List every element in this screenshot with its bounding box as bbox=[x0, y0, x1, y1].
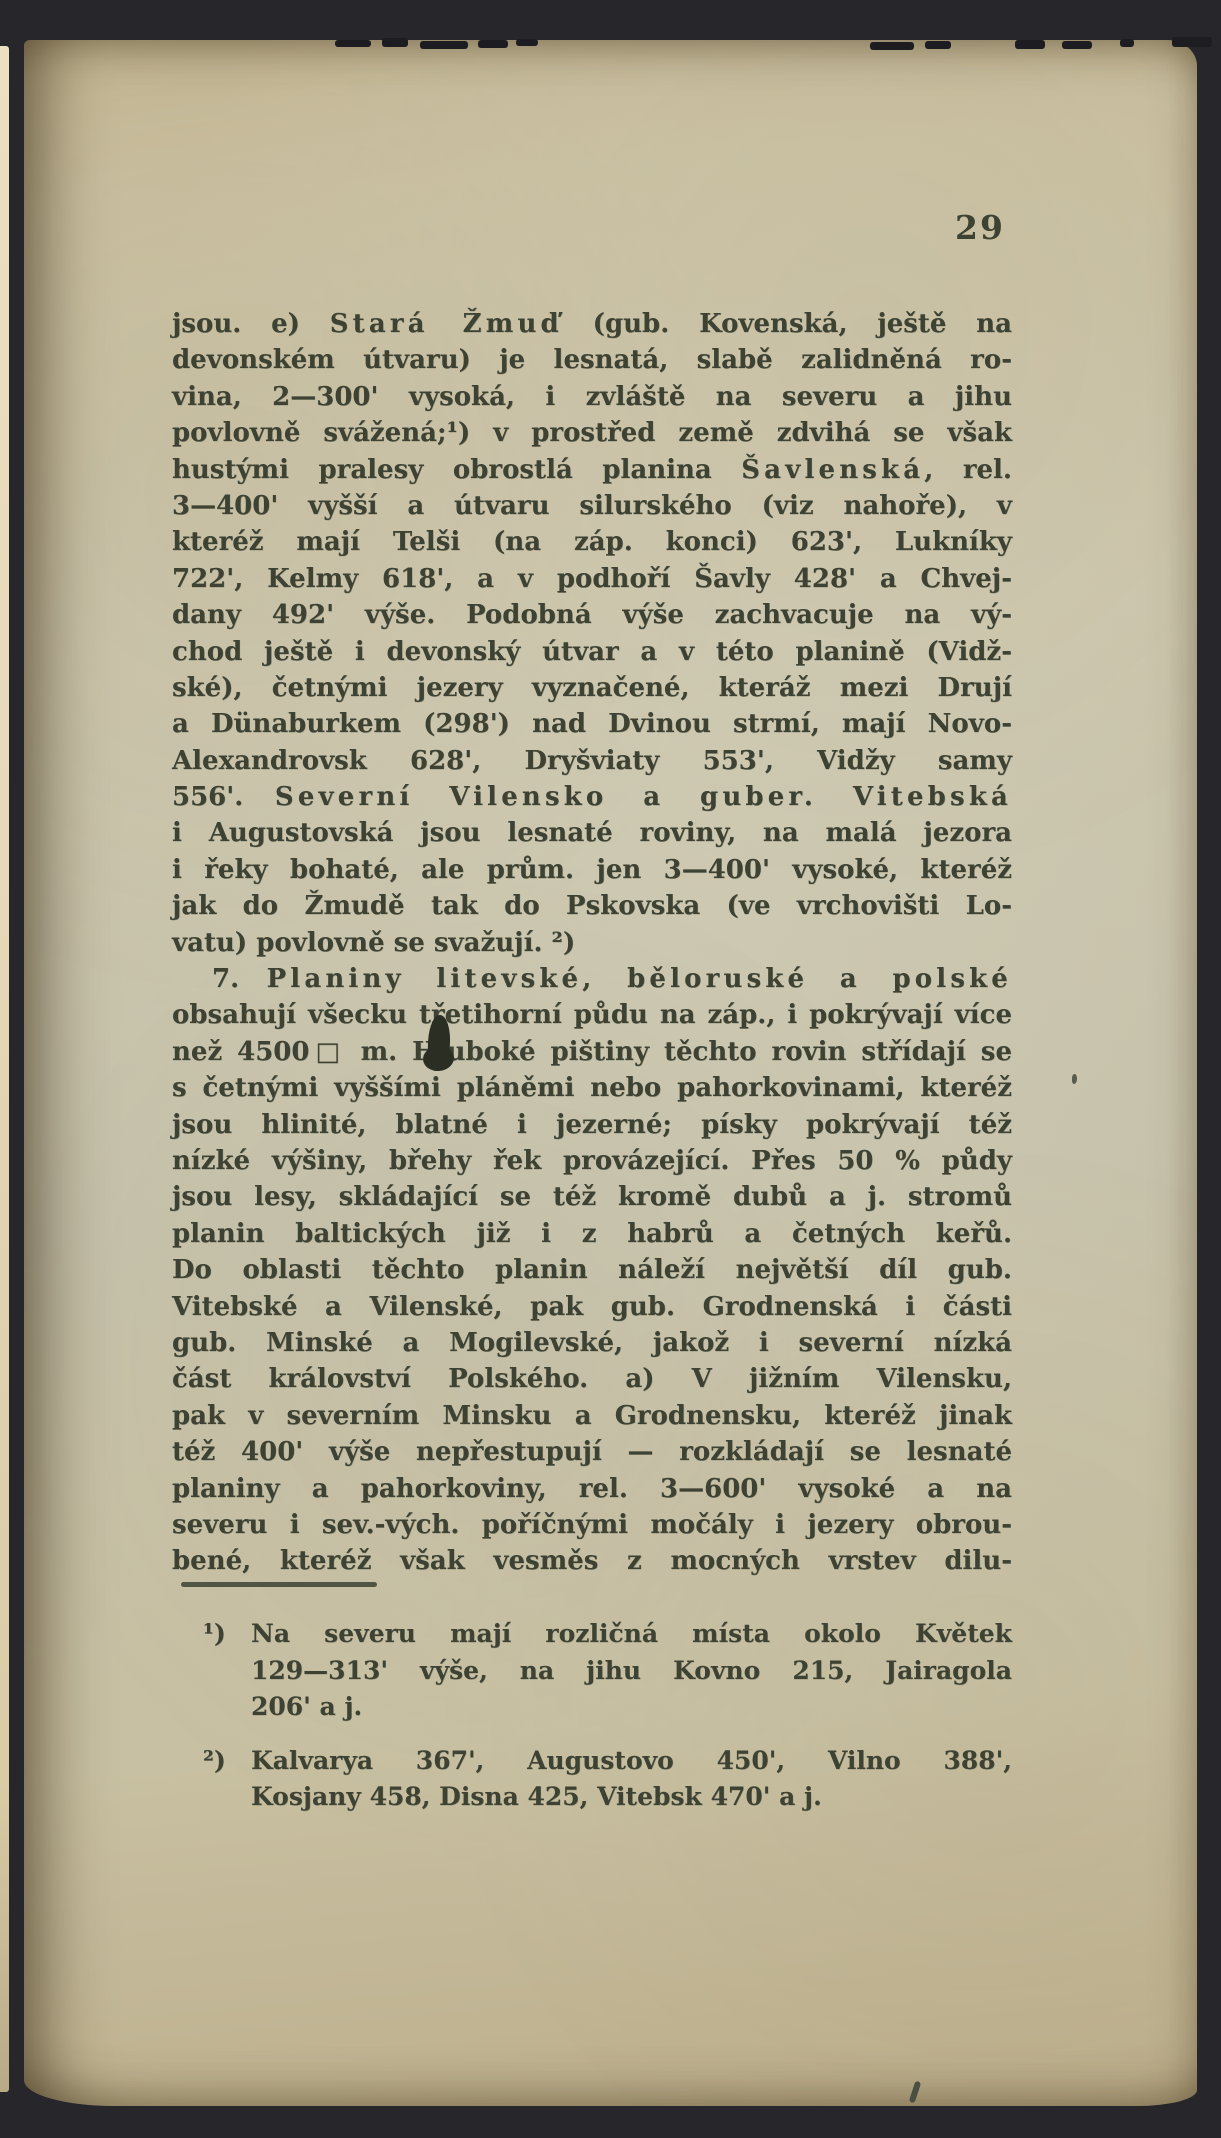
text-line: planin baltických již i z habrů a četnýc… bbox=[172, 1216, 1012, 1252]
text-line: 129—313' výše, na jihu Kovno 215, Jairag… bbox=[203, 1653, 1012, 1690]
edge-mark bbox=[1062, 41, 1092, 49]
text-line: 206' a j. bbox=[203, 1689, 1012, 1726]
footnote-marker: ²) bbox=[203, 1743, 251, 1780]
edge-mark bbox=[335, 40, 371, 47]
edge-mark bbox=[1015, 40, 1045, 49]
edge-mark bbox=[1120, 39, 1134, 47]
adjacent-page-edge bbox=[0, 46, 9, 2092]
book-scan-background: 29 jsou. e) Stará Žmuď (gub. Kovenská, j… bbox=[0, 0, 1221, 2138]
spaced-run: Planiny litevské, běloruské a polské bbox=[267, 964, 1012, 994]
text-line: povlovně svážená;¹) v prostřed země zdvi… bbox=[172, 415, 1012, 451]
footnotes-block: ¹)Na severu mají rozličná místa okolo Kv… bbox=[203, 1616, 1012, 1816]
text-line: gub. Minské a Mogilevské, jakož i severn… bbox=[172, 1325, 1012, 1361]
text-line: ské), četnými jezery vyznačené, kteráž m… bbox=[172, 670, 1012, 706]
edge-mark bbox=[516, 39, 538, 46]
text-line: pak v severním Minsku a Grodnensku, kter… bbox=[172, 1398, 1012, 1434]
edge-mark bbox=[870, 42, 914, 50]
text-line: než 4500□ m. Hluboké pištiny těchto rovi… bbox=[172, 1034, 1012, 1070]
text-line: chod ještě i devonský útvar a v této pla… bbox=[172, 634, 1012, 670]
text-line: Alexandrovsk 628', Dryšviaty 553', Vidžy… bbox=[172, 743, 1012, 779]
text-line: planiny a pahorkoviny, rel. 3—600' vysok… bbox=[172, 1471, 1012, 1507]
spaced-run: Šavlenská bbox=[741, 455, 924, 485]
text-line: 7. Planiny litevské, běloruské a polské bbox=[172, 961, 1012, 997]
footnote-marker: ¹) bbox=[203, 1616, 251, 1653]
text-line: část království Polského. a) V jižním Vi… bbox=[172, 1361, 1012, 1397]
ink-speck bbox=[1072, 1074, 1077, 1084]
text-line: ²)Kalvarya 367', Augustovo 450', Vilno 3… bbox=[203, 1743, 1012, 1780]
text-line: jsou. e) Stará Žmuď (gub. Kovenská, ješt… bbox=[172, 306, 1012, 342]
text-line: dany 492' výše. Podobná výše zachvacuje … bbox=[172, 597, 1012, 633]
spaced-run: Severní Vilensko a guber. Vitebská bbox=[275, 782, 1012, 812]
edge-mark bbox=[1172, 37, 1212, 47]
text-line: bené, kteréž však vesměs z mocných vrste… bbox=[172, 1543, 1012, 1579]
edge-mark bbox=[925, 41, 951, 49]
text-line: i Augustovská jsou lesnaté roviny, na ma… bbox=[172, 815, 1012, 851]
main-text-block: jsou. e) Stará Žmuď (gub. Kovenská, ješt… bbox=[172, 306, 1012, 1580]
text-line: ¹)Na severu mají rozličná místa okolo Kv… bbox=[203, 1616, 1012, 1653]
book-page: 29 jsou. e) Stará Žmuď (gub. Kovenská, j… bbox=[24, 40, 1197, 2106]
text-line: nízké výšiny, břehy řek provázející. Pře… bbox=[172, 1143, 1012, 1179]
text-line: devonském útvaru) je lesnatá, slabě zali… bbox=[172, 342, 1012, 378]
text-line: Do oblasti těchto planin náleží největší… bbox=[172, 1252, 1012, 1288]
text-line: 722', Kelmy 618', a v podhoří Šavly 428'… bbox=[172, 561, 1012, 597]
text-line: též 400' výše nepřestupují — rozkládají … bbox=[172, 1434, 1012, 1470]
edge-mark bbox=[382, 38, 408, 47]
text-line: severu i sev.-vých. poříčnými močály i j… bbox=[172, 1507, 1012, 1543]
text-line: jak do Žmudě tak do Pskovska (ve vrchovi… bbox=[172, 888, 1012, 924]
text-line: jsou lesy, skládající se též kromě dubů … bbox=[172, 1179, 1012, 1215]
footnote: ²)Kalvarya 367', Augustovo 450', Vilno 3… bbox=[203, 1743, 1012, 1816]
text-line: i řeky bohaté, ale prům. jen 3—400' vyso… bbox=[172, 852, 1012, 888]
text-line: 556'. Severní Vilensko a guber. Vitebská bbox=[172, 779, 1012, 815]
edge-mark bbox=[478, 40, 508, 48]
text-line: Vitebské a Vilenské, pak gub. Grodnenská… bbox=[172, 1289, 1012, 1325]
text-line: jsou hlinité, blatné i jezerné; písky po… bbox=[172, 1107, 1012, 1143]
text-line: a Dünaburkem (298') nad Dvinou strmí, ma… bbox=[172, 706, 1012, 742]
footnote-divider bbox=[181, 1582, 377, 1587]
footnote: ¹)Na severu mají rozličná místa okolo Kv… bbox=[203, 1616, 1012, 1726]
text-line: vatu) povlovně se svažují. ²) bbox=[172, 925, 1012, 961]
spaced-run: Stará Žmuď bbox=[330, 309, 563, 339]
text-line: Kosjany 458, Disna 425, Vitebsk 470' a j… bbox=[203, 1779, 1012, 1816]
text-line: obsahují všecku třetihorní půdu na záp.,… bbox=[172, 997, 1012, 1033]
text-line: vina, 2—300' vysoká, i zvláště na severu… bbox=[172, 379, 1012, 415]
text-line: kteréž mají Telši (na záp. konci) 623', … bbox=[172, 524, 1012, 560]
pen-mark bbox=[909, 2081, 922, 2104]
text-line: 3—400' vyšší a útvaru silurského (viz na… bbox=[172, 488, 1012, 524]
text-line: s četnými vyššími pláněmi nebo pahorkovi… bbox=[172, 1070, 1012, 1106]
text-line: hustými pralesy obrostlá planina Šavlens… bbox=[172, 452, 1012, 488]
page-number: 29 bbox=[955, 208, 1005, 247]
edge-mark bbox=[420, 41, 468, 49]
